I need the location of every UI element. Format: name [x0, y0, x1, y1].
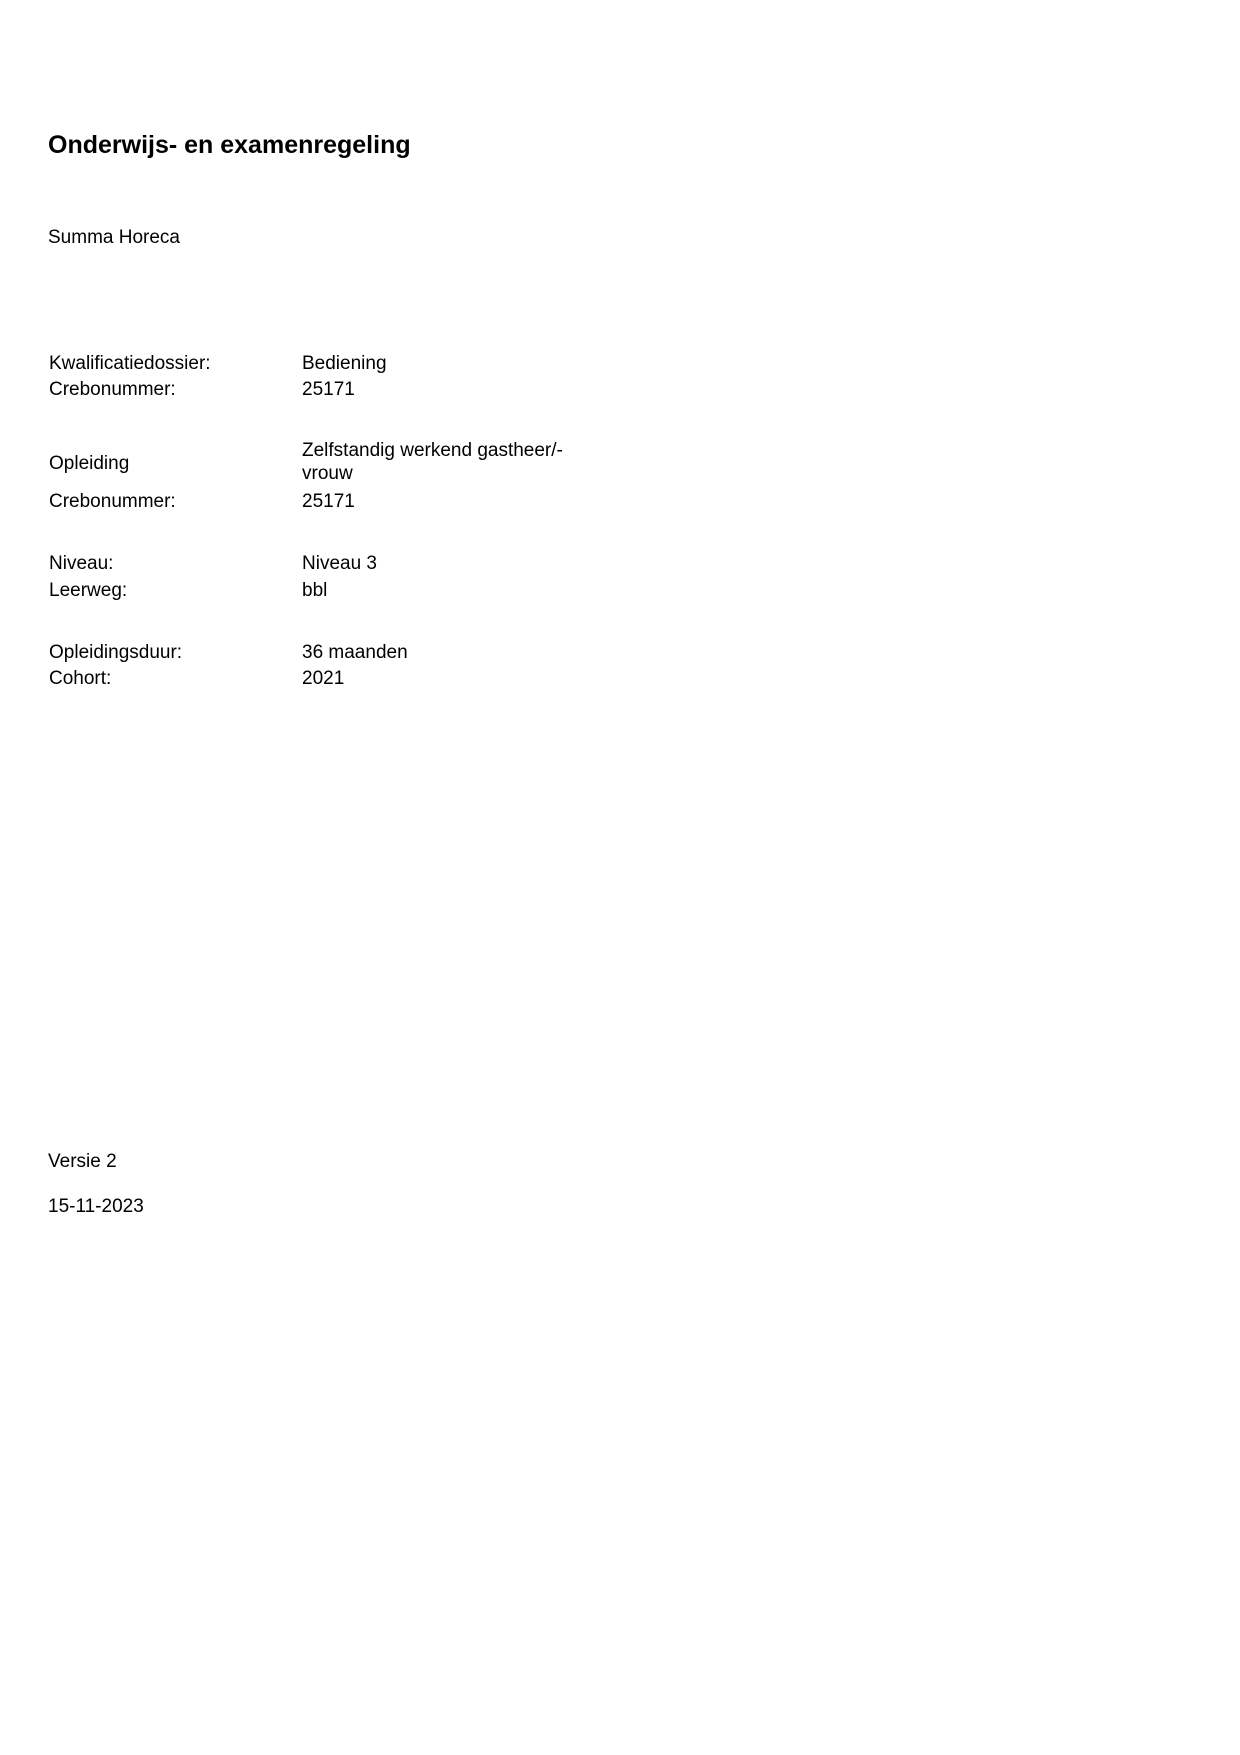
field-value: 25171	[302, 490, 592, 513]
field-value: Niveau 3	[302, 552, 592, 575]
field-label: Crebonummer:	[49, 490, 176, 513]
field-value: 25171	[302, 378, 592, 401]
field-label: Opleidingsduur:	[49, 641, 182, 664]
institution-name: Summa Horeca	[48, 227, 180, 250]
field-label: Leerweg:	[49, 579, 127, 602]
field-value: 2021	[302, 667, 592, 690]
field-label: Cohort:	[49, 667, 111, 690]
field-label: Niveau:	[49, 552, 113, 575]
field-value: 36 maanden	[302, 641, 592, 664]
document-date: 15-11-2023	[48, 1196, 144, 1219]
field-label: Opleiding	[49, 452, 129, 475]
field-value: bbl	[302, 579, 592, 602]
version-label: Versie 2	[48, 1151, 117, 1174]
field-value: Bediening	[302, 352, 592, 375]
field-label: Crebonummer:	[49, 378, 176, 401]
document-title: Onderwijs- en examenregeling	[48, 130, 411, 160]
field-value: Zelfstandig werkend gastheer/-vrouw	[302, 439, 592, 485]
field-label: Kwalificatiedossier:	[49, 352, 211, 375]
